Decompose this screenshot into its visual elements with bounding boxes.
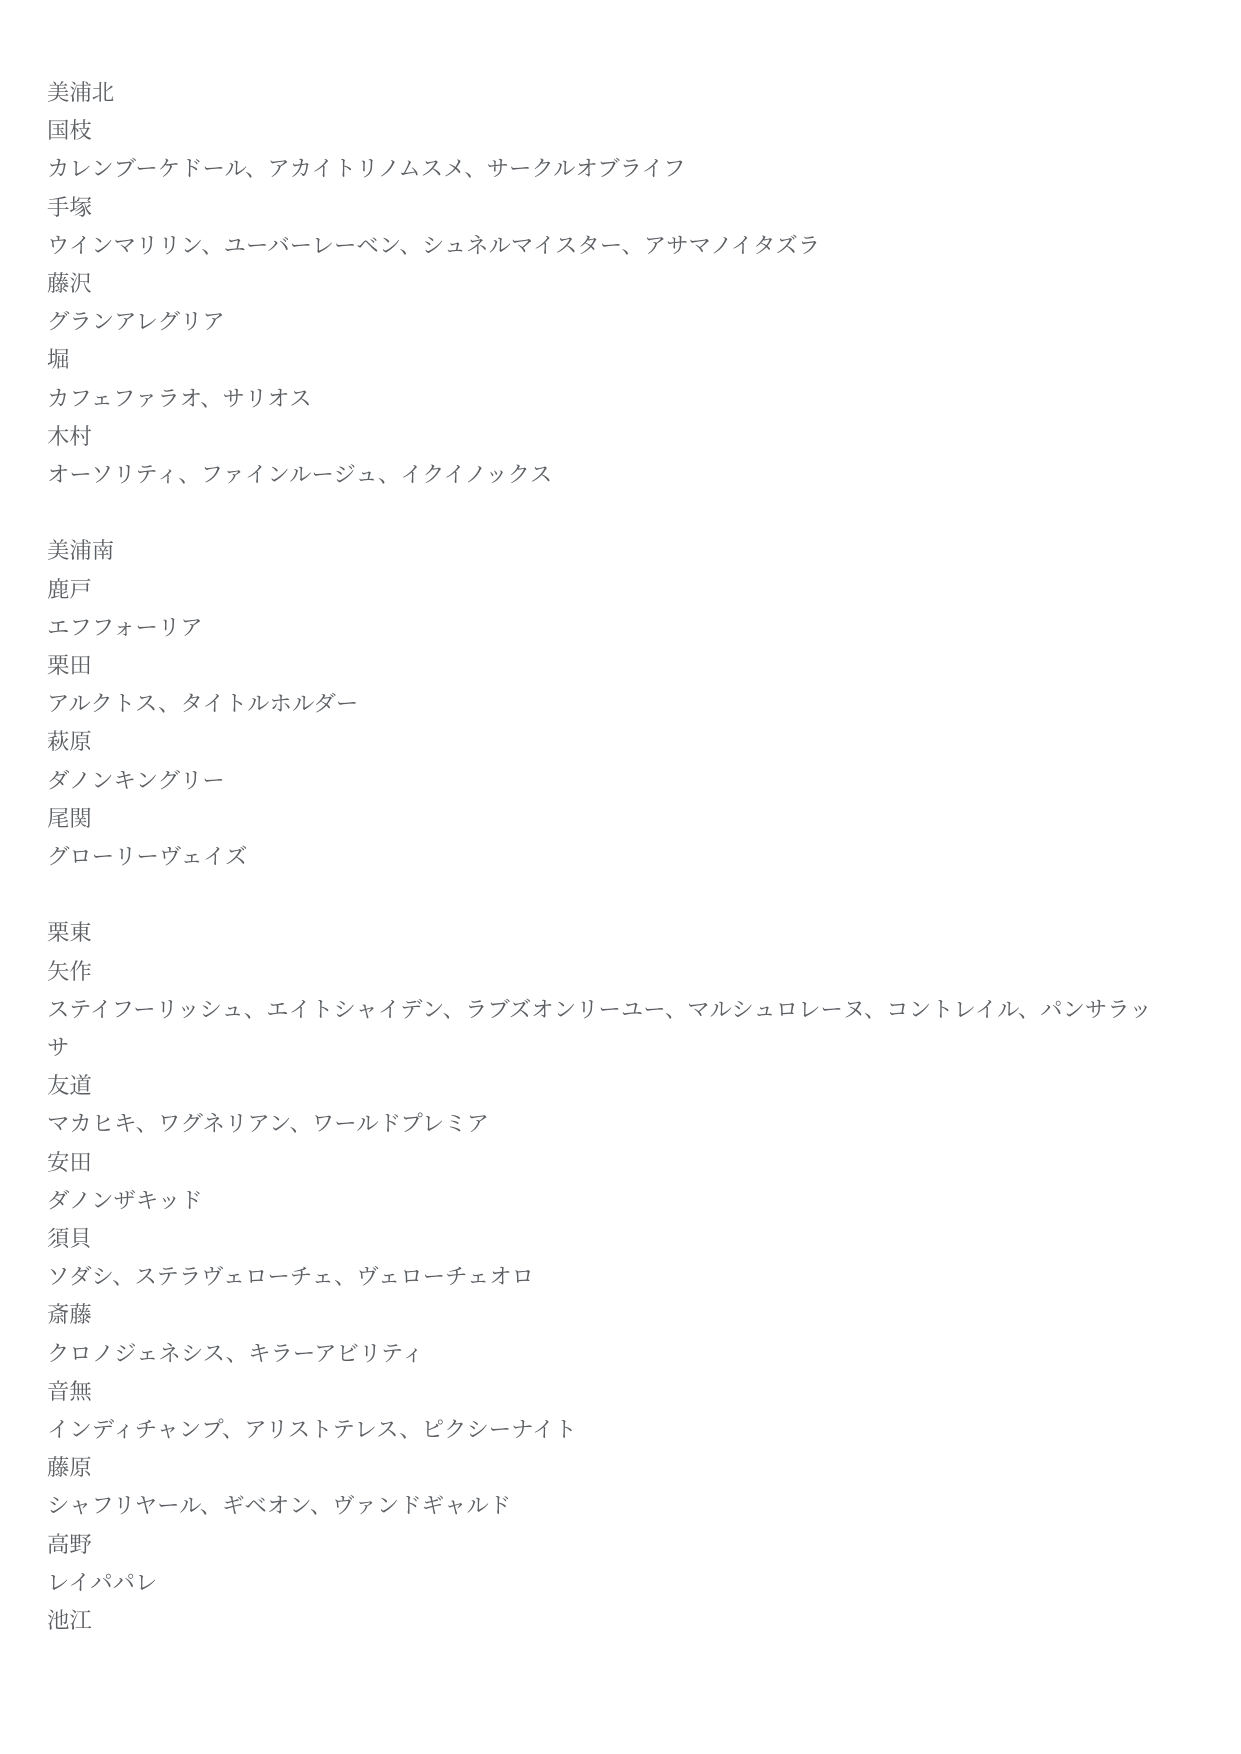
trainer-name: 堀	[47, 341, 1152, 379]
horse-names: グローリーヴェイズ	[47, 838, 1152, 876]
trainer-name: 須貝	[47, 1220, 1152, 1258]
trainer-name: 藤沢	[47, 265, 1152, 303]
trainer-name: 友道	[47, 1067, 1152, 1105]
horse-names: インディチャンプ、アリストテレス、ピクシーナイト	[47, 1411, 1152, 1449]
trainer-name: 鹿戸	[47, 571, 1152, 609]
trainer-name: 斎藤	[47, 1296, 1152, 1334]
horse-names: ダノンキングリー	[47, 762, 1152, 800]
trainer-name: 木村	[47, 418, 1152, 456]
trainer-name: 安田	[47, 1144, 1152, 1182]
section-heading: 美浦南	[47, 532, 1152, 570]
horse-names: レイパパレ	[47, 1564, 1152, 1602]
trainer-name: 高野	[47, 1526, 1152, 1564]
section-heading: 栗東	[47, 914, 1152, 952]
blank-line	[47, 876, 1152, 914]
horse-names: マカヒキ、ワグネリアン、ワールドプレミア	[47, 1105, 1152, 1143]
horse-names: ソダシ、ステラヴェローチェ、ヴェローチェオロ	[47, 1258, 1152, 1296]
blank-line	[47, 494, 1152, 532]
trainer-name: 音無	[47, 1373, 1152, 1411]
document-page: 美浦北国枝カレンブーケドール、アカイトリノムスメ、サークルオブライフ手塚ウインマ…	[0, 0, 1241, 1754]
trainer-name: 萩原	[47, 723, 1152, 761]
trainer-name: 矢作	[47, 953, 1152, 991]
horse-names: アルクトス、タイトルホルダー	[47, 685, 1152, 723]
horse-names: グランアレグリア	[47, 303, 1152, 341]
horse-names: カフェファラオ、サリオス	[47, 380, 1152, 418]
horse-names: ダノンザキッド	[47, 1182, 1152, 1220]
trainer-name: 国枝	[47, 112, 1152, 150]
horse-names: ウインマリリン、ユーバーレーベン、シュネルマイスター、アサマノイタズラ	[47, 227, 1152, 265]
trainer-name: 手塚	[47, 189, 1152, 227]
horse-names: ステイフーリッシュ、エイトシャイデン、ラブズオンリーユー、マルシュロレーヌ、コン…	[47, 991, 1152, 1067]
trainer-list: 美浦北国枝カレンブーケドール、アカイトリノムスメ、サークルオブライフ手塚ウインマ…	[47, 74, 1152, 1640]
horse-names: クロノジェネシス、キラーアビリティ	[47, 1335, 1152, 1373]
horse-names: シャフリヤール、ギベオン、ヴァンドギャルド	[47, 1487, 1152, 1525]
horse-names: カレンブーケドール、アカイトリノムスメ、サークルオブライフ	[47, 150, 1152, 188]
horse-names: エフフォーリア	[47, 609, 1152, 647]
trainer-name: 栗田	[47, 647, 1152, 685]
trainer-name: 尾関	[47, 800, 1152, 838]
trainer-name: 池江	[47, 1602, 1152, 1640]
horse-names: オーソリティ、ファインルージュ、イクイノックス	[47, 456, 1152, 494]
section-heading: 美浦北	[47, 74, 1152, 112]
trainer-name: 藤原	[47, 1449, 1152, 1487]
